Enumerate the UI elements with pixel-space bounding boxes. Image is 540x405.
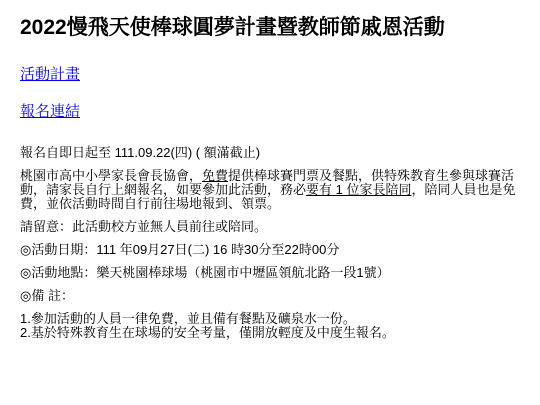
activity-plan-link[interactable]: 活動計畫 [20,66,80,83]
note-1: 1.參加活動的人員一律免費，並且備有餐點及礦泉水一份。 [20,311,356,326]
page-title: 2022慢飛天使棒球圓夢計畫暨教師節戚恩活動 [20,16,520,40]
notice-page: 2022慢飛天使棒球圓夢計畫暨教師節戚恩活動 活動計畫 報名連結 報名自即日起至… [0,0,540,405]
event-date-text: ◎活動日期：111 年09月27日(二) 16 時30分至22時00分 [20,243,520,257]
intro-part1: 桃園市高中小學家長會長協會， [20,168,202,183]
notes-list: 1.參加活動的人員一律免費，並且備有餐點及礦泉水一份。2.基於特殊教育生在球場的… [20,312,520,340]
note-2: 2.基於特殊教育生在球場的安全考量，僅開放輕度及中度生報名。 [20,325,395,340]
accompany-highlight: 要有 1 位家長陪同 [306,182,411,197]
activity-plan-link-row: 活動計畫 [20,66,520,84]
intro-paragraph: 桃園市高中小學家長會長協會，免費提供棒球賽門票及餐點，供特殊教育生參與球賽活動，… [20,169,520,211]
notice-text: 請留意：此活動校方並無人員前往或陪同。 [20,220,520,234]
registration-link-row: 報名連結 [20,103,520,121]
deadline-text: 報名自即日起至 111.09.22(四) ( 額滿截止) [20,146,520,160]
notes-header: ◎備 註： [20,289,520,303]
notice-body: 報名自即日起至 111.09.22(四) ( 額滿截止) 桃園市高中小學家長會長… [20,146,520,340]
event-location-text: ◎活動地點：樂天桃園棒球場（桃園市中壢區領航北路一段1號） [20,266,520,280]
free-highlight: 免費 [202,168,228,183]
registration-link[interactable]: 報名連結 [20,103,80,120]
